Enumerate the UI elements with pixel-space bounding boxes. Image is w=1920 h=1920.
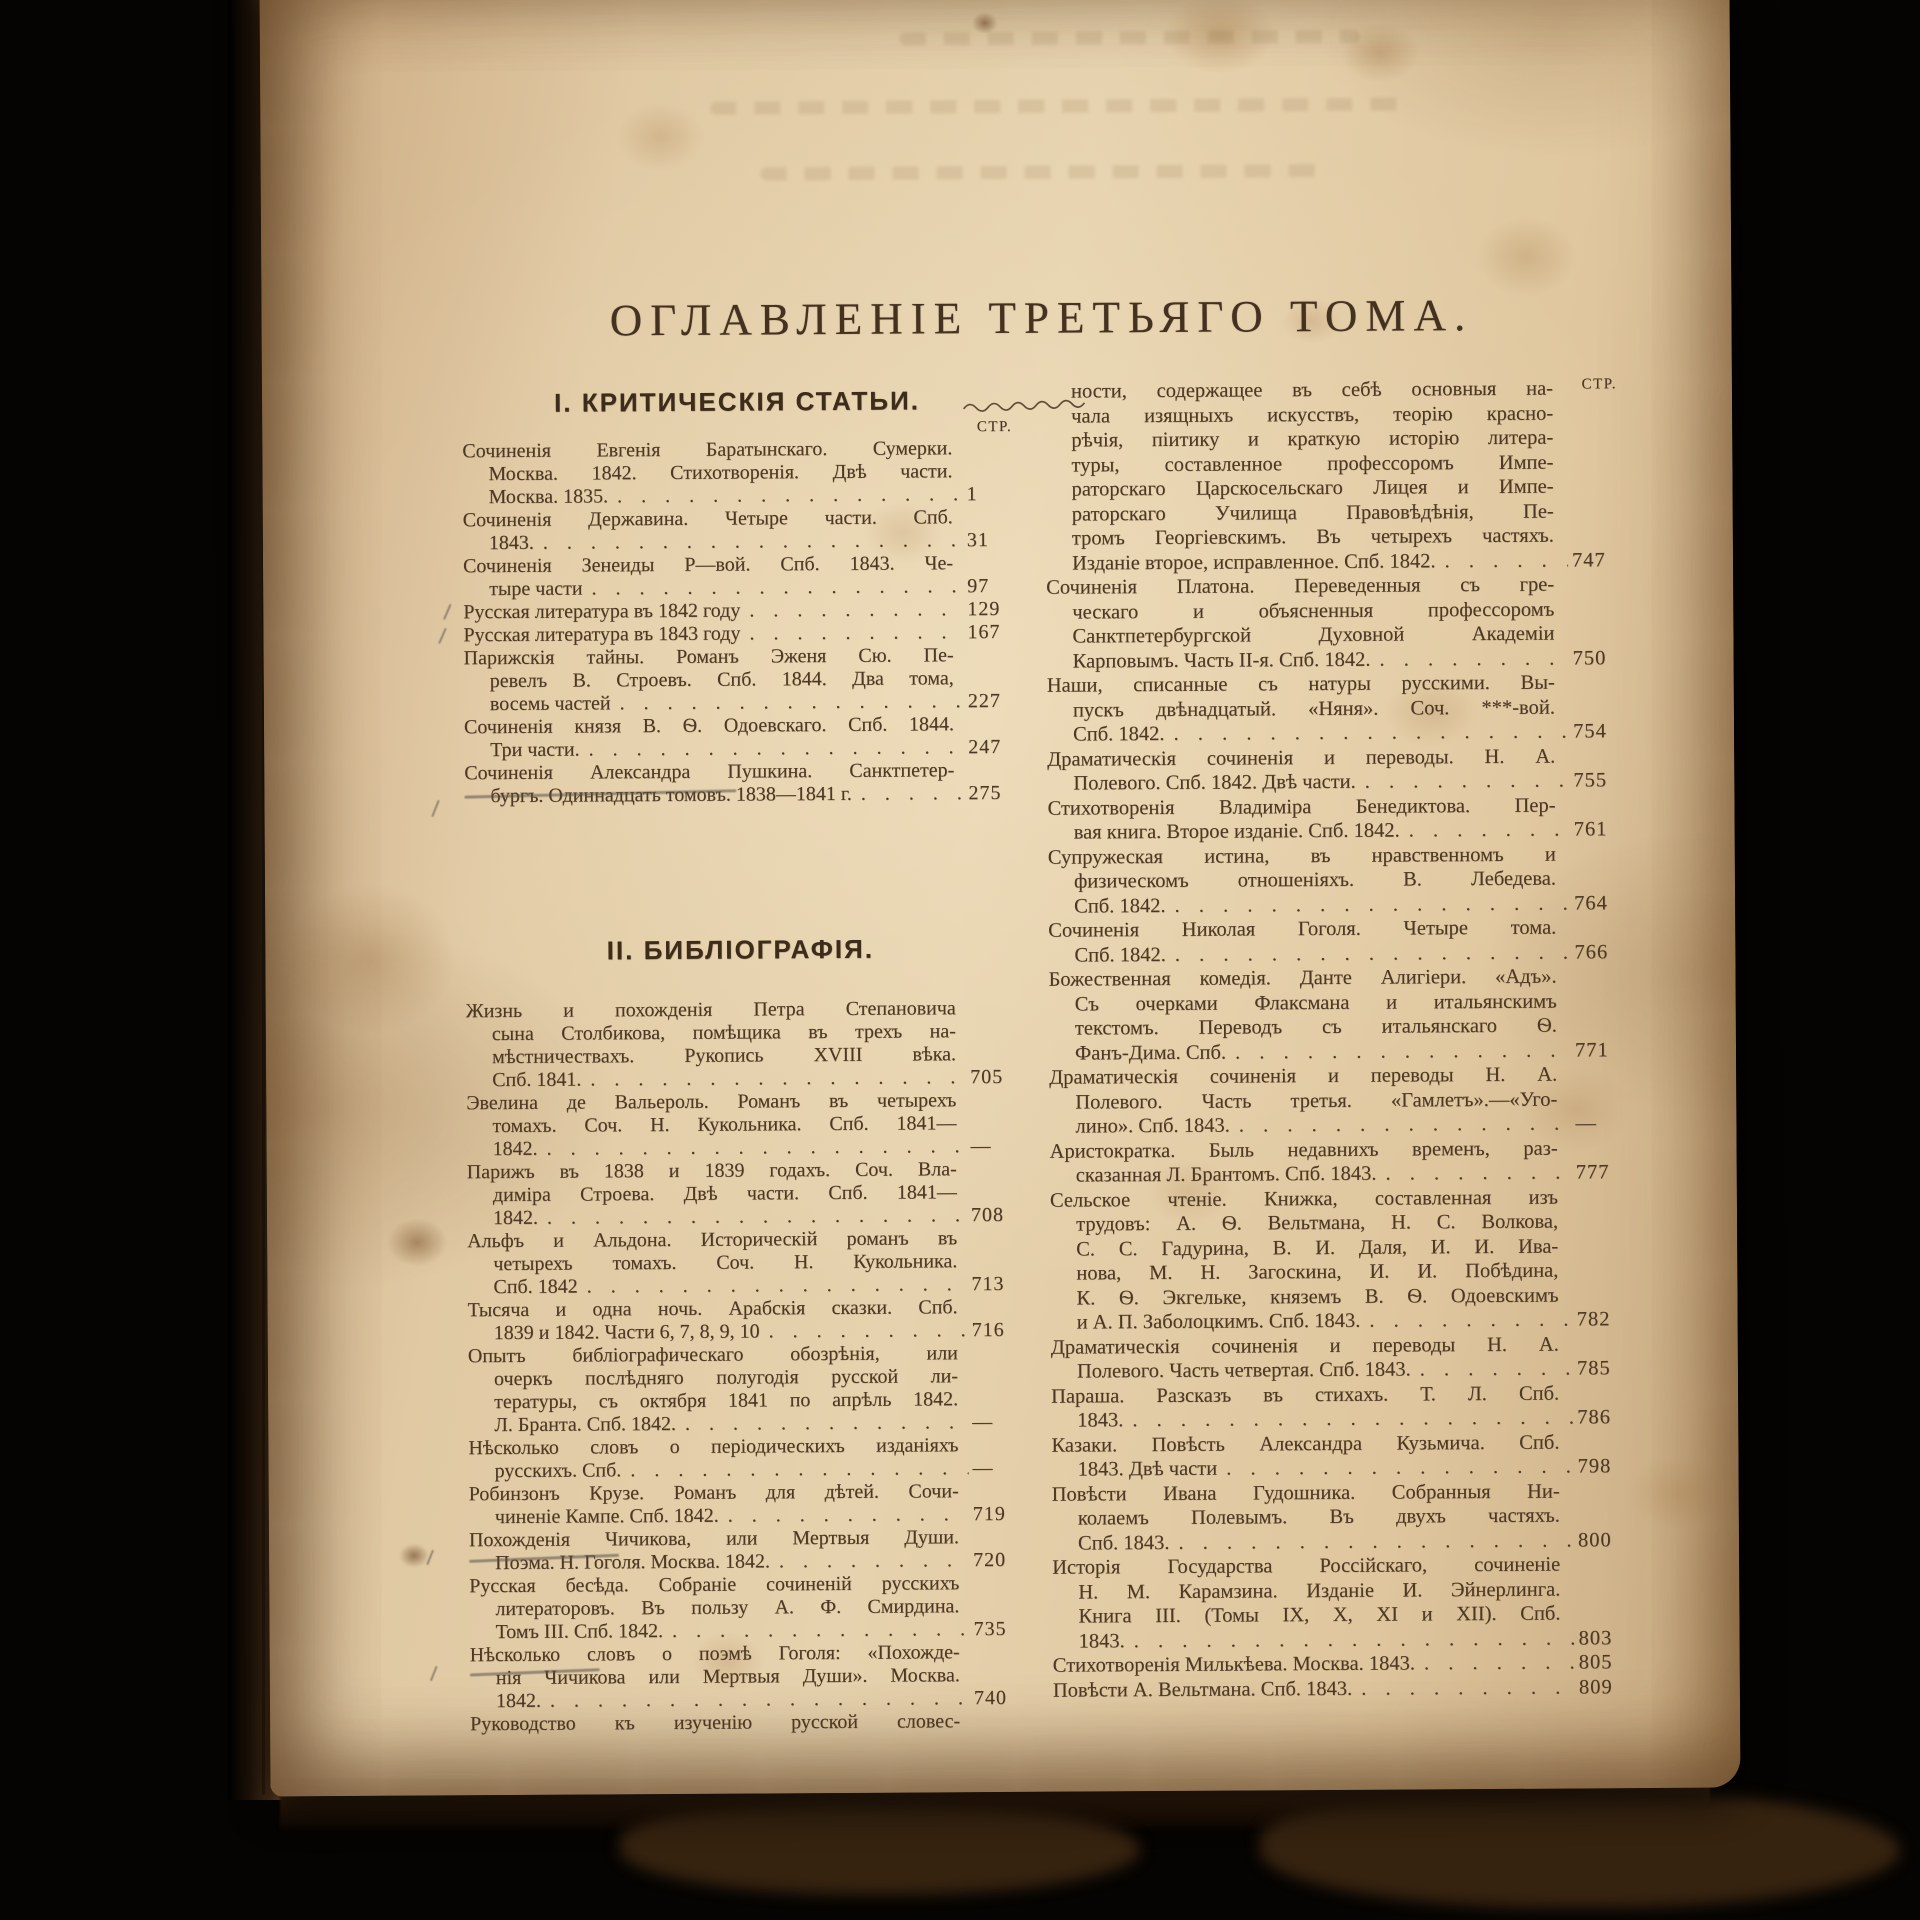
- toc-entries-bibliography-right: ности, содержащее въ себѣ основныя на-ча…: [1045, 376, 1625, 1702]
- dot-leader: . . . . . . . . . . . . . . . . . . . . …: [1379, 646, 1568, 672]
- toc-entry-last-line: 1843. . . . . . . . . . . . . . . . . . …: [1051, 1405, 1623, 1433]
- toc-entry-last-line: Фанъ-Дима. Спб. . . . . . . . . . . . . …: [1049, 1038, 1621, 1066]
- toc-entry: Казаки. Повѣсть Александра Кузьмича. Спб…: [1051, 1430, 1623, 1482]
- dot-leader: . . . . . . . . . . . . . . . . . . . . …: [1420, 1357, 1573, 1382]
- toc-entry-line: мѣстничествахъ. Рукопись XVIII вѣка.: [466, 1043, 1016, 1069]
- page-title: ОГЛАВЛЕНІЕ ТРЕТЬЯГО ТОМА.: [536, 289, 1546, 347]
- toc-entry-last-line: Русская литература въ 1842 году . . . . …: [463, 598, 1013, 624]
- toc-entry-last-line: 1843. Двѣ части . . . . . . . . . . . . …: [1051, 1454, 1623, 1482]
- toc-entry-last-line: сказанная Л. Брантомъ. Спб. 1843. . . . …: [1050, 1160, 1622, 1188]
- toc-entry-last-line: Спб. 1842. . . . . . . . . . . . . . . .…: [1048, 891, 1620, 919]
- toc-entry-line: нова, М. Н. Загоскина, И. И. Побѣдина,: [1050, 1258, 1622, 1286]
- toc-entry-line: Альфъ и Альдона. Историческій романъ въ: [467, 1227, 1017, 1253]
- toc-entry: Супружеская истина, въ нравственномъ ифи…: [1048, 842, 1620, 919]
- toc-entry-line: Сочиненія Николая Гоголя. Четыре тома.: [1048, 915, 1620, 943]
- left-column: I. КРИТИЧЕСКІЯ СТАТЬИ. СТР. Сочиненія Ев…: [462, 385, 1020, 1736]
- toc-entry: Похожденія Чичикова, или Мертвыя Души.По…: [469, 1526, 1019, 1575]
- page-number: 803: [1579, 1626, 1625, 1651]
- toc-entry: Сочиненія Державина. Четыре части. Спб.1…: [463, 506, 1013, 555]
- toc-entry-text: Томъ III. Спб. 1842.: [495, 1620, 663, 1644]
- toc-entry-last-line: чиненіе Кампе. Спб. 1842. . . . . . . . …: [469, 1503, 1019, 1529]
- dot-leader: . . . . . . . . . . . . . . . . . . . . …: [547, 1135, 967, 1161]
- toc-entry-last-line: Поэма. Н. Гоголя. Москва. 1842. . . . . …: [469, 1549, 1019, 1575]
- toc-entry-last-line: Спб. 1841. . . . . . . . . . . . . . . .…: [466, 1066, 1016, 1092]
- toc-entry-last-line: русскихъ. Спб. . . . . . . . . . . . . .…: [468, 1457, 1018, 1483]
- toc-entry-line: Москва. 1842. Стихотворенія. Двѣ части.: [462, 460, 1012, 486]
- page-number: —: [971, 1135, 1017, 1158]
- toc-entry: Драматическія сочиненія и переводы Н. А.…: [1049, 1062, 1621, 1139]
- toc-entry-line: тромъ Георгіевскимъ. Въ четырехъ частяхъ…: [1046, 523, 1618, 551]
- toc-entry-line: Сочиненія Зенеиды Р—вой. Спб. 1843. Че-: [463, 552, 1013, 578]
- page-number: 1: [967, 483, 1013, 506]
- toc-entry-text: лино». Спб. 1843.: [1075, 1114, 1230, 1139]
- pencil-mark: [438, 628, 447, 644]
- page-number: 750: [1573, 646, 1619, 671]
- toc-entry-text: и А. П. Заболоцкимъ. Спб. 1843.: [1077, 1309, 1361, 1335]
- toc-entry-last-line: 1842. . . . . . . . . . . . . . . . . . …: [467, 1135, 1017, 1161]
- toc-entry: Стихотворенія Владиміра Бенедиктова. Пер…: [1047, 793, 1619, 845]
- toc-entry: Сочиненія князя В. Ѳ. Одоевскаго. Спб. 1…: [464, 713, 1014, 762]
- page-number: 809: [1579, 1675, 1625, 1700]
- toc-entry-line: Эвелина де Вальероль. Романъ въ четырехъ: [466, 1089, 1016, 1115]
- dot-leader: . . . . . . . . . . . . . . . . . . . . …: [1173, 720, 1569, 747]
- toc-entry-text: Спб. 1843.: [1078, 1530, 1170, 1555]
- toc-entry-line: Сельское чтеніе. Книжка, составленная из…: [1050, 1185, 1622, 1213]
- page-number: 167: [967, 621, 1013, 644]
- toc-entry-line: колаемъ Полевымъ. Въ двухъ частяхъ.: [1052, 1503, 1624, 1531]
- toc-entry-line: диміра Строева. Двѣ части. Спб. 1841—: [467, 1181, 1017, 1207]
- page-column-label: СТР.: [1581, 374, 1617, 394]
- ghost-text-line: [761, 164, 1321, 180]
- dot-leader: . . . . . . . . . . . . . . . . . . . . …: [550, 1687, 970, 1713]
- toc-entry: Драматическія сочиненія и переводы. Н. А…: [1047, 744, 1619, 796]
- dot-leader: . . . . . . . . . . . . . . . . . . . . …: [617, 483, 963, 508]
- toc-entry-line: нія Чичикова или Мертвыя Души». Москва.: [470, 1664, 1020, 1690]
- stain-spot: [399, 1544, 429, 1568]
- toc-entry-last-line: Москва. 1835. . . . . . . . . . . . . . …: [463, 483, 1013, 509]
- binding-fragment: [1260, 1788, 1900, 1908]
- toc-entry-text: чиненіе Кампе. Спб. 1842.: [495, 1505, 719, 1529]
- dot-leader: . . . . . . . . . . . . . . . . . . . . …: [620, 690, 964, 715]
- toc-entry-line: ческаго и объясненныя профессоромъ: [1046, 597, 1618, 625]
- toc-entry-line: Робинзонъ Крузе. Романъ для дѣтей. Сочи-: [469, 1480, 1019, 1506]
- book-page: ОГЛАВЛЕНІЕ ТРЕТЬЯГО ТОМА. I. КРИТИЧЕСКІЯ…: [259, 0, 1740, 1796]
- toc-entry-last-line: Спб. 1842 . . . . . . . . . . . . . . . …: [467, 1273, 1017, 1299]
- toc-entry-text: 1842.: [493, 1138, 538, 1161]
- dot-leader: . . . . . . . . . . . . . . . . . . . . …: [1369, 1308, 1573, 1334]
- page-number: 719: [973, 1503, 1019, 1526]
- toc-entry-line: Сочиненія Платона. Переведенныя съ гре-: [1046, 572, 1618, 600]
- toc-entry: Парижскія тайны. Романъ Эженя Сю. Пе-рев…: [464, 644, 1014, 716]
- toc-entry-line: Съ очерками Флаксмана и итальянскимъ: [1049, 989, 1621, 1017]
- toc-entry: Сочиненія Платона. Переведенныя съ гре-ч…: [1046, 572, 1619, 673]
- toc-entry-last-line: 1842. . . . . . . . . . . . . . . . . . …: [467, 1204, 1017, 1230]
- page-number: 31: [967, 529, 1013, 552]
- toc-entry: Жизнь и похожденія Петра Степановичасына…: [466, 997, 1017, 1092]
- dot-leader: . . . . . . . . . . . . . . . . . . . . …: [1175, 940, 1571, 967]
- toc-entry-line: Руководство къ изученію русской словес-: [470, 1710, 1020, 1736]
- toc-entry-text: 1843.: [1077, 1408, 1123, 1433]
- toc-entry-text: сказанная Л. Брантомъ. Спб. 1843.: [1076, 1162, 1377, 1188]
- toc-entry-last-line: Полевого. Спб. 1842. Двѣ части. . . . . …: [1047, 768, 1619, 796]
- toc-entry-text: 1839 и 1842. Части 6, 7, 8, 9, 10: [494, 1320, 760, 1345]
- book-photo: ОГЛАВЛЕНІЕ ТРЕТЬЯГО ТОМА. I. КРИТИЧЕСКІЯ…: [0, 0, 1920, 1920]
- page-number: 705: [970, 1066, 1016, 1089]
- toc-entry: Альфъ и Альдона. Историческій романъ въч…: [467, 1227, 1017, 1299]
- toc-entry-last-line: Томъ III. Спб. 1842. . . . . . . . . . .…: [469, 1618, 1019, 1644]
- toc-entry-text: Стихотворенія Милькѣева. Москва. 1843.: [1053, 1651, 1415, 1678]
- toc-entry-line: Драматическія сочиненія и переводы Н. А.: [1051, 1332, 1623, 1360]
- toc-entry-text: Москва. 1835.: [489, 485, 609, 509]
- toc-entry-line: Сочиненія Державина. Четыре части. Спб.: [463, 506, 1013, 532]
- dot-leader: . . . . . . . . . . . . . . . . . . . . …: [672, 1618, 970, 1643]
- toc-entry: Тысяча и одна ночь. Арабскія сказки. Спб…: [468, 1296, 1018, 1345]
- toc-entry-line: Похожденія Чичикова, или Мертвыя Души.: [469, 1526, 1019, 1552]
- toc-entry: Аристократка. Быль недавнихъ временъ, ра…: [1050, 1136, 1622, 1188]
- page-number: 735: [973, 1618, 1019, 1641]
- toc-entry-line: литераторовъ. Въ пользу А. Ф. Смирдина.: [469, 1595, 1019, 1621]
- page-number: —: [1575, 1111, 1621, 1136]
- page-number: 754: [1573, 719, 1619, 744]
- toc-entry: Стихотворенія Милькѣева. Москва. 1843. .…: [1053, 1650, 1625, 1678]
- toc-entry-line: рѣчія, піитику и краткую исторію литера-: [1045, 425, 1617, 453]
- toc-entries-bibliography-left: Жизнь и похожденія Петра Степановичасына…: [466, 997, 1020, 1736]
- toc-entry-line: Парижскія тайны. Романъ Эженя Сю. Пе-: [464, 644, 1014, 670]
- dot-leader: . . . . . . . . . . . . . . . . . . . . …: [587, 1273, 968, 1298]
- toc-entry-line: раторскаго Царскосельскаго Лицея и Импе-: [1046, 474, 1618, 502]
- toc-entry: Параша. Разсказъ въ стихахъ. Т. Л. Спб.1…: [1051, 1381, 1623, 1433]
- dot-leader: . . . . . . . . . . . . . . . . . . . . …: [1444, 548, 1568, 573]
- toc-entry-line: Наши, списанные съ натуры русскими. Вы-: [1047, 670, 1619, 698]
- page-number: 740: [974, 1687, 1020, 1710]
- dot-leader: . . . . . . . . . . . . . . . . . . . . …: [861, 782, 965, 806]
- toc-entry-last-line: 1843. . . . . . . . . . . . . . . . . . …: [463, 529, 1013, 555]
- toc-entry-line: Тысяча и одна ночь. Арабскія сказки. Спб…: [468, 1296, 1018, 1322]
- toc-entry: Драматическія сочиненія и переводы Н. А.…: [1051, 1332, 1623, 1384]
- toc-entry-last-line: вая книга. Второе изданіе. Спб. 1842. . …: [1048, 817, 1620, 845]
- toc-entry-text: Спб. 1842.: [1073, 722, 1165, 747]
- toc-entry-text: 1842.: [496, 1690, 541, 1713]
- toc-entry: ности, содержащее въ себѣ основныя на-ча…: [1045, 376, 1618, 575]
- ghost-text-line: [710, 97, 1410, 114]
- toc-entry-text: Повѣсти А. Вельтмана. Спб. 1843.: [1053, 1676, 1352, 1702]
- page-number: 227: [968, 690, 1014, 713]
- dot-leader: . . . . . . . . . . . . . . . . . . . . …: [1132, 1406, 1573, 1433]
- page-number: 798: [1577, 1454, 1623, 1479]
- toc-entry-text: Русская литература въ 1843 году: [463, 623, 740, 648]
- page-number: 766: [1574, 940, 1620, 965]
- page-number: 764: [1574, 891, 1620, 916]
- toc-entry-line: С. С. Гадурина, В. И. Даля, И. И. Ива-: [1050, 1234, 1622, 1262]
- dot-leader: . . . . . . . . . . . . . . . . . . . . …: [1226, 1455, 1574, 1482]
- toc-entry: Повѣсти Ивана Гудошника. Собранныя Ни-ко…: [1052, 1479, 1624, 1556]
- page-number: 777: [1576, 1160, 1622, 1185]
- toc-entry-line: сына Столбикова, помѣщика въ трехъ на-: [466, 1020, 1016, 1046]
- toc-entry-line: Нѣсколько словъ о періодическихъ изданія…: [468, 1434, 1018, 1460]
- toc-entry-last-line: Л. Бранта. Спб. 1842. . . . . . . . . . …: [468, 1411, 1018, 1437]
- toc-entry-last-line: лино». Спб. 1843. . . . . . . . . . . . …: [1049, 1111, 1621, 1139]
- pencil-mark: [430, 1666, 438, 1682]
- pencil-mark: [443, 604, 452, 620]
- toc-entry-line: Санктпетербургской Духовной Академіи: [1046, 621, 1618, 649]
- page-number: 761: [1574, 817, 1620, 842]
- page-number: —: [972, 1457, 1018, 1480]
- toc-entry-last-line: Стихотворенія Милькѣева. Москва. 1843. .…: [1053, 1650, 1625, 1678]
- toc-entry-text: Спб. 1842.: [1074, 942, 1166, 967]
- page-number: 800: [1578, 1528, 1624, 1553]
- dot-leader: . . . . . . . . . . . . . . . . . . . . …: [769, 1319, 968, 1343]
- dot-leader: . . . . . . . . . . . . . . . . . . . . …: [1178, 1528, 1574, 1555]
- dot-leader: . . . . . . . . . . . . . . . . . . . . …: [728, 1503, 969, 1527]
- dot-leader: . . . . . . . . . . . . . . . . . . . . …: [1361, 1675, 1575, 1701]
- toc-entry-last-line: Русская литература въ 1843 году . . . . …: [463, 621, 1013, 647]
- page-number: 713: [971, 1273, 1017, 1296]
- toc-entry-line: Казаки. Повѣсть Александра Кузьмича. Спб…: [1051, 1430, 1623, 1458]
- toc-entry-text: восемь частей: [490, 692, 611, 716]
- toc-entry: Сочиненія Николая Гоголя. Четыре тома.Сп…: [1048, 915, 1620, 967]
- toc-entry-last-line: Спб. 1842. . . . . . . . . . . . . . . .…: [1048, 940, 1620, 968]
- page-edge-line: [246, 0, 249, 1795]
- toc-entries-critical: Сочиненія Евгенія Баратынскаго. Сумерки.…: [462, 437, 1014, 808]
- toc-entry-line: физическомъ отношеніяхъ. В. Лебедева.: [1048, 866, 1620, 894]
- toc-entry: Русская бесѣда. Собраніе сочиненій русск…: [469, 1572, 1019, 1644]
- toc-entry: Эвелина де Вальероль. Романъ въ четырехъ…: [466, 1089, 1016, 1161]
- page-number: 708: [971, 1204, 1017, 1227]
- page-number: 771: [1575, 1038, 1621, 1063]
- foxing-spot: [285, 883, 456, 1034]
- toc-entry-line: чала изящныхъ искусствъ, теорію красно-: [1045, 401, 1617, 429]
- page-number: 247: [968, 736, 1014, 759]
- toc-entry-last-line: Карповымъ. Часть II-я. Спб. 1842. . . . …: [1047, 646, 1619, 674]
- section-heading-critical-articles: I. КРИТИЧЕСКІЯ СТАТЬИ.: [462, 385, 1012, 418]
- dot-leader: . . . . . . . . . . . . . . . . . . . . …: [749, 621, 963, 645]
- toc-entry-line: пускъ двѣнадцатый. «Няня». Соч. ***-вой.: [1047, 695, 1619, 723]
- foxing-spot: [972, 12, 998, 34]
- toc-entry-last-line: Три части. . . . . . . . . . . . . . . .…: [464, 736, 1014, 762]
- toc-entry-last-line: 1839 и 1842. Части 6, 7, 8, 9, 10 . . . …: [468, 1319, 1018, 1345]
- dot-leader: . . . . . . . . . . . . . . . . . . . . …: [630, 1457, 968, 1482]
- toc-entry-last-line: Повѣсти А. Вельтмана. Спб. 1843. . . . .…: [1053, 1675, 1625, 1703]
- toc-entry-last-line: тыре части . . . . . . . . . . . . . . .…: [463, 575, 1013, 601]
- page-number: 716: [972, 1319, 1018, 1342]
- dot-leader: . . . . . . . . . . . . . . . . . . . . …: [591, 575, 963, 600]
- toc-entry-line: Сочиненія Александра Пушкина. Санктпетер…: [464, 759, 1014, 785]
- toc-entry-last-line: Спб. 1842. . . . . . . . . . . . . . . .…: [1047, 719, 1619, 747]
- right-column: СТР. ности, содержащее въ себѣ основныя …: [1045, 372, 1625, 1702]
- toc-entry: Божественная комедія. Данте Алигіери. «А…: [1049, 964, 1622, 1065]
- toc-entry-line: раторскаго Училища Правовѣдѣнія, Пе-: [1046, 499, 1618, 527]
- page-number: 782: [1577, 1307, 1623, 1332]
- page-number: 805: [1579, 1650, 1625, 1675]
- toc-entry-line: Божественная комедія. Данте Алигіери. «А…: [1049, 964, 1621, 992]
- dot-leader: . . . . . . . . . . . . . . . . . . . . …: [543, 529, 963, 555]
- toc-entry-line: Аристократка. Быль недавнихъ временъ, ра…: [1050, 1136, 1622, 1164]
- toc-entry-line: Жизнь и похожденія Петра Степановича: [466, 997, 1016, 1023]
- toc-entry: Нѣсколько словъ о періодическихъ изданія…: [468, 1434, 1018, 1483]
- toc-entry: Сочиненія Зенеиды Р—вой. Спб. 1843. Че-т…: [463, 552, 1013, 601]
- toc-entry: Нѣсколько словъ о поэмѣ Гоголя: «Похожде…: [470, 1641, 1020, 1713]
- ghost-text-line: [900, 30, 1360, 46]
- binding-fragment: [620, 1800, 1140, 1895]
- toc-entry-line: ности, содержащее въ себѣ основныя на-: [1045, 376, 1617, 404]
- toc-entry-line: ревелъ В. Строевъ. Спб. 1844. Два тома,: [464, 667, 1014, 693]
- toc-entry-text: 1843. Двѣ части: [1077, 1457, 1217, 1482]
- toc-entry-line: Параша. Разсказъ въ стихахъ. Т. Л. Спб.: [1051, 1381, 1623, 1409]
- toc-entry-last-line: и А. П. Заболоцкимъ. Спб. 1843. . . . . …: [1051, 1307, 1623, 1335]
- toc-entry: Руководство къ изученію русской словес-: [470, 1710, 1020, 1736]
- dot-leader: . . . . . . . . . . . . . . . . . . . . …: [590, 1066, 966, 1091]
- dot-leader: . . . . . . . . . . . . . . . . . . . . …: [1385, 1161, 1571, 1187]
- toc-entry: Сочиненія Александра Пушкина. Санктпетер…: [464, 759, 1014, 808]
- page-number: 785: [1577, 1356, 1623, 1381]
- toc-entry-last-line: Полевого. Часть четвертая. Спб. 1843. . …: [1051, 1356, 1623, 1384]
- toc-entry-line: очеркъ послѣдняго полугодія русской ли-: [468, 1365, 1018, 1391]
- page-number: —: [972, 1411, 1018, 1434]
- toc-entry-last-line: 1843. . . . . . . . . . . . . . . . . . …: [1053, 1626, 1625, 1654]
- toc-entry-line: Нѣсколько словъ о поэмѣ Гоголя: «Похожде…: [470, 1641, 1020, 1667]
- page-number: 747: [1572, 548, 1618, 573]
- toc-entry-line: Супружеская истина, въ нравственномъ и: [1048, 842, 1620, 870]
- dot-leader: . . . . . . . . . . . . . . . . . . . . …: [1134, 1626, 1575, 1653]
- toc-entry-line: Стихотворенія Владиміра Бенедиктова. Пер…: [1047, 793, 1619, 821]
- toc-entry-text: 1843.: [489, 532, 534, 555]
- toc-entry: Русская литература въ 1843 году . . . . …: [463, 621, 1013, 647]
- toc-entry-text: тыре части: [489, 578, 582, 602]
- toc-entry: Парижъ въ 1838 и 1839 годахъ. Соч. Вла-д…: [467, 1158, 1017, 1230]
- toc-entry-line: текстомъ. Переводъ съ итальянскаго Ѳ.: [1049, 1013, 1621, 1041]
- toc-entry-text: Спб. 1842: [493, 1276, 577, 1300]
- toc-entry-text: Полевого. Спб. 1842. Двѣ части.: [1073, 770, 1356, 796]
- toc-entry-text: Л. Бранта. Спб. 1842.: [494, 1413, 676, 1437]
- dot-leader: . . . . . . . . . . . . . . . . . . . . …: [1409, 818, 1570, 843]
- foxing-spot: [1628, 1456, 1723, 1532]
- foxing-spot: [615, 102, 705, 173]
- toc-entry-line: Драматическія сочиненія и переводы Н. А.: [1049, 1062, 1621, 1090]
- toc-entry-text: вая книга. Второе изданіе. Спб. 1842.: [1074, 819, 1400, 845]
- toc-entry-text: 1843.: [1079, 1629, 1125, 1654]
- toc-entry-line: трудовъ: А. Ѳ. Вельтмана, Н. С. Волкова,: [1050, 1209, 1622, 1237]
- toc-entry-text: русскихъ. Спб.: [494, 1459, 621, 1483]
- toc-entry: Русская литература въ 1842 году . . . . …: [463, 598, 1013, 624]
- toc-entry-line: Драматическія сочиненія и переводы. Н. А…: [1047, 744, 1619, 772]
- page-number: 275: [968, 782, 1014, 805]
- toc-entry-line: томахъ. Соч. Н. Кукольника. Спб. 1841—: [466, 1112, 1016, 1138]
- toc-entry-line: Полевого. Часть третья. «Гамлетъ».—«Уго-: [1049, 1087, 1621, 1115]
- toc-entry-line: Опытъ библіографическаго обозрѣнія, или: [468, 1342, 1018, 1368]
- toc-entry-last-line: Изданіе второе, исправленное. Спб. 1842.…: [1046, 548, 1618, 576]
- toc-entry-line: Исторія Государства Россійскаго, сочинен…: [1052, 1552, 1624, 1580]
- foxing-spot: [1476, 216, 1576, 297]
- section-heading-bibliography: II. БИБЛІОГРАФІЯ.: [465, 931, 1015, 968]
- toc-entry-text: Поэма. Н. Гоголя. Москва. 1842.: [495, 1550, 770, 1575]
- toc-entry-text: 1842.: [493, 1207, 538, 1230]
- dot-leader: . . . . . . . . . . . . . . . . . . . . …: [1365, 769, 1570, 795]
- toc-entry-line: туры, составленное профессоромъ Импе-: [1045, 450, 1617, 478]
- toc-entry-line: четырехъ томахъ. Соч. Н. Кукольника.: [467, 1250, 1017, 1276]
- toc-entry-line: тературы, съ октября 1841 по апрѣль 1842…: [468, 1388, 1018, 1414]
- toc-entry: Сочиненія Евгенія Баратынскаго. Сумерки.…: [462, 437, 1012, 509]
- page-number: 720: [973, 1549, 1019, 1572]
- toc-entry: Опытъ библіографическаго обозрѣнія, илио…: [468, 1342, 1019, 1437]
- toc-entry-text: Спб. 1841.: [492, 1069, 581, 1093]
- dot-leader: . . . . . . . . . . . . . . . . . . . . …: [547, 1204, 967, 1230]
- toc-entry-line: Парижъ въ 1838 и 1839 годахъ. Соч. Вла-: [467, 1158, 1017, 1184]
- toc-entry: Сельское чтеніе. Книжка, составленная из…: [1050, 1185, 1623, 1335]
- toc-entry-text: Изданіе второе, исправленное. Спб. 1842.: [1072, 549, 1436, 576]
- toc-entry-last-line: Спб. 1843. . . . . . . . . . . . . . . .…: [1052, 1528, 1624, 1556]
- toc-entry-text: Спб. 1842.: [1074, 893, 1166, 918]
- toc-entry-text: Полевого. Часть четвертая. Спб. 1843.: [1077, 1358, 1411, 1385]
- dot-leader: . . . . . . . . . . . . . . . . . . . . …: [1424, 1651, 1575, 1676]
- toc-entry-line: Сочиненія князя В. Ѳ. Одоевскаго. Спб. 1…: [464, 713, 1014, 739]
- toc-entry: Повѣсти А. Вельтмана. Спб. 1843. . . . .…: [1053, 1675, 1625, 1703]
- toc-entry-line: Книга III. (Томы IX, X, XI и XII). Спб.: [1052, 1601, 1624, 1629]
- toc-entry-line: Сочиненія Евгенія Баратынскаго. Сумерки.: [462, 437, 1012, 463]
- toc-entry-last-line: 1842. . . . . . . . . . . . . . . . . . …: [470, 1687, 1020, 1713]
- page-number: 97: [967, 575, 1013, 598]
- toc-entry-line: К. Ѳ. Экгельке, княземъ В. Ѳ. Одоевскимъ: [1050, 1283, 1622, 1311]
- dot-leader: . . . . . . . . . . . . . . . . . . . . …: [685, 1411, 968, 1436]
- toc-entry-text: Русская литература въ 1842 году: [463, 600, 740, 625]
- dot-leader: . . . . . . . . . . . . . . . . . . . . …: [1175, 891, 1571, 918]
- toc-entry: Робинзонъ Крузе. Романъ для дѣтей. Сочи-…: [469, 1480, 1019, 1529]
- dot-leader: . . . . . . . . . . . . . . . . . . . . …: [749, 598, 963, 622]
- toc-entry-text: Три части.: [490, 739, 580, 763]
- page-number: 786: [1577, 1405, 1623, 1430]
- toc-entry-text: Фанъ-Дима. Спб.: [1075, 1040, 1226, 1065]
- page-number: 129: [967, 598, 1013, 621]
- foxing-spot: [387, 1218, 447, 1266]
- dot-leader: . . . . . . . . . . . . . . . . . . . . …: [589, 736, 965, 761]
- dot-leader: . . . . . . . . . . . . . . . . . . . . …: [1239, 1112, 1572, 1139]
- toc-entry-text: Карповымъ. Часть II-я. Спб. 1842.: [1073, 647, 1371, 673]
- dot-leader: . . . . . . . . . . . . . . . . . . . . …: [1235, 1038, 1571, 1065]
- toc-entry-line: Н. М. Карамзина. Изданіе И. Эйнерлинга.: [1052, 1577, 1624, 1605]
- pencil-mark: [431, 800, 439, 817]
- toc-entry-line: Повѣсти Ивана Гудошника. Собранныя Ни-: [1052, 1479, 1624, 1507]
- dot-leader: . . . . . . . . . . . . . . . . . . . . …: [779, 1549, 969, 1573]
- page-number: 755: [1573, 768, 1619, 793]
- toc-entry-last-line: восемь частей . . . . . . . . . . . . . …: [464, 690, 1014, 716]
- toc-entry-line: Русская бесѣда. Собраніе сочиненій русск…: [469, 1572, 1019, 1598]
- toc-entry: Исторія Государства Россійскаго, сочинен…: [1052, 1552, 1625, 1653]
- toc-entry: Наши, списанные съ натуры русскими. Вы-п…: [1047, 670, 1619, 747]
